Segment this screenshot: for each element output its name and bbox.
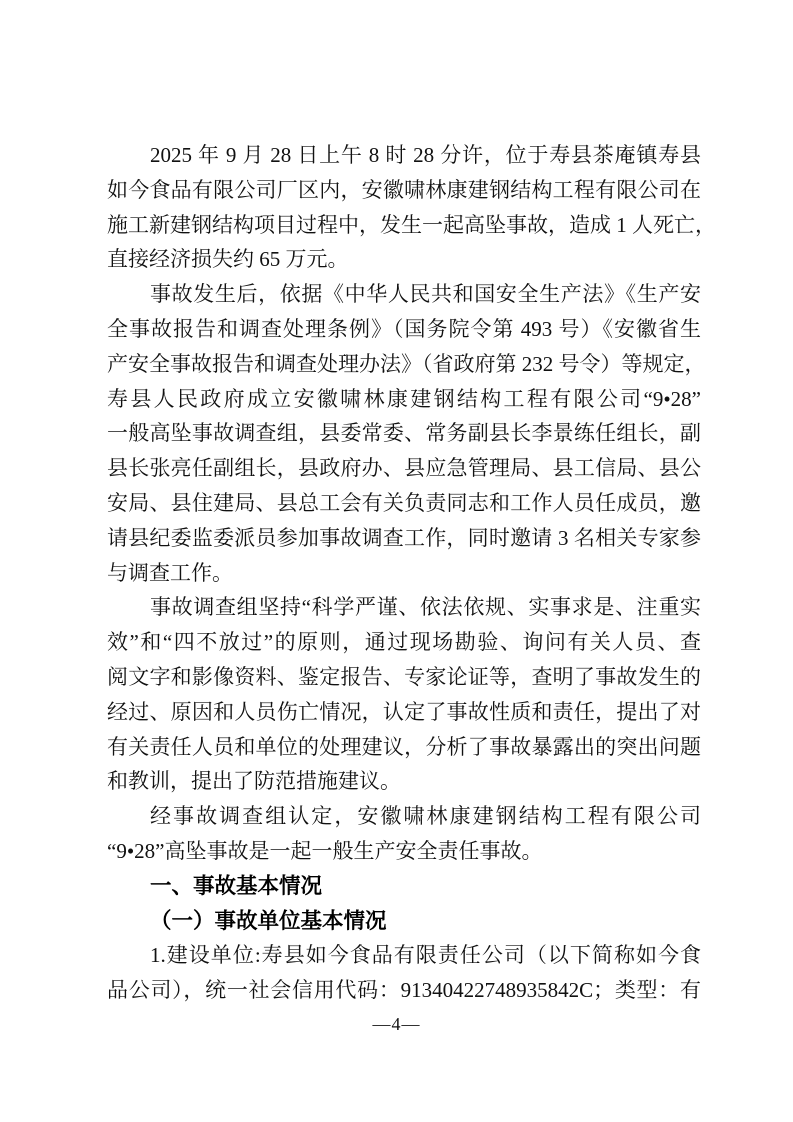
body-line: 事故调查组坚持“科学严谨、依法依规、实事求是、注重实 — [107, 590, 701, 625]
body-line: 有关责任人员和单位的处理建议，分析了事故暴露出的突出问题 — [107, 730, 701, 765]
body-line: 寿县人民政府成立安徽啸林康建钢结构工程有限公司“9•28” — [107, 382, 701, 417]
subsection-heading: （一）事故单位基本情况 — [107, 904, 701, 939]
body-line: 阅文字和影像资料、鉴定报告、专家论证等，查明了事故发生的 — [107, 660, 701, 695]
page-number: —4— — [0, 1012, 793, 1036]
document-page: 2025 年 9 月 28 日上午 8 时 28 分许，位于寿县茶庵镇寿县如今食… — [0, 0, 793, 1122]
body-line: 直接经济损失约 65 万元。 — [107, 242, 701, 277]
body-line: 县长张亮任副组长，县政府办、县应急管理局、县工信局、县公 — [107, 451, 701, 486]
body-line: 施工新建钢结构项目过程中，发生一起高坠事故，造成 1 人死亡， — [107, 208, 701, 243]
body-line: “9•28”高坠事故是一起一般生产安全责任事故。 — [107, 834, 701, 869]
body-line: 如今食品有限公司厂区内，安徽啸林康建钢结构工程有限公司在 — [107, 173, 701, 208]
body-line: 品公司），统一社会信用代码：91340422748935842C；类型：有 — [107, 973, 701, 1008]
body-line: 和教训，提出了防范措施建议。 — [107, 764, 701, 799]
document-body: 2025 年 9 月 28 日上午 8 时 28 分许，位于寿县茶庵镇寿县如今食… — [107, 138, 701, 1008]
body-line: 1.建设单位:寿县如今食品有限责任公司（以下简称如今食 — [107, 938, 701, 973]
body-line: 事故发生后，依据《中华人民共和国安全生产法》《生产安 — [107, 277, 701, 312]
body-line: 与调查工作。 — [107, 556, 701, 591]
body-line: 请县纪委监委派员参加事故调查工作，同时邀请 3 名相关专家参 — [107, 521, 701, 556]
body-line: 全事故报告和调查处理条例》（国务院令第 493 号）《安徽省生 — [107, 312, 701, 347]
body-line: 效”和“四不放过”的原则，通过现场勘验、询问有关人员、查 — [107, 625, 701, 660]
body-line: 安局、县住建局、县总工会有关负责同志和工作人员任成员，邀 — [107, 486, 701, 521]
body-line: 经过、原因和人员伤亡情况，认定了事故性质和责任，提出了对 — [107, 695, 701, 730]
section-heading: 一、事故基本情况 — [107, 869, 701, 904]
body-line: 产安全事故报告和调查处理办法》（省政府第 232 号令）等规定， — [107, 347, 701, 382]
body-line: 2025 年 9 月 28 日上午 8 时 28 分许，位于寿县茶庵镇寿县 — [107, 138, 701, 173]
body-line: 一般高坠事故调查组，县委常委、常务副县长李景练任组长，副 — [107, 416, 701, 451]
body-line: 经事故调查组认定，安徽啸林康建钢结构工程有限公司 — [107, 799, 701, 834]
